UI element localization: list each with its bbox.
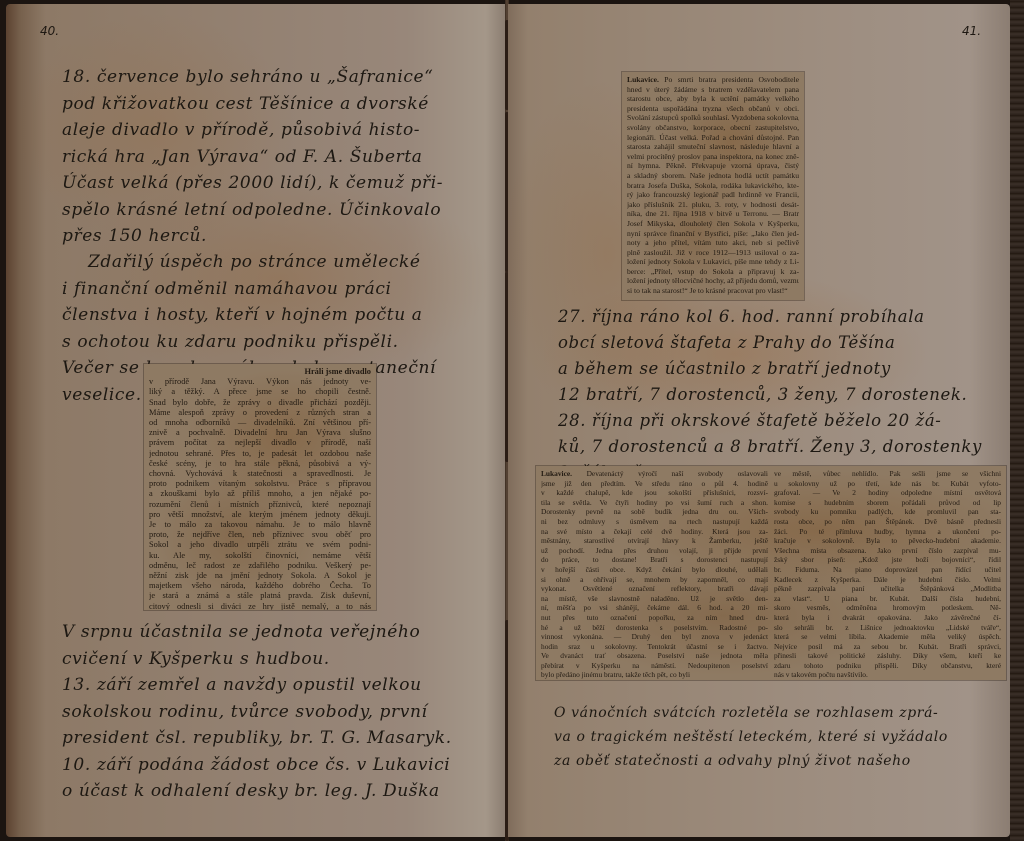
clipping-line: a zkouškami bylo až příliš mnoho, a jen …	[149, 489, 371, 499]
clipping-column-right: ve městě, vůbec nehlídlo. Pak sešli jsme…	[774, 469, 1001, 680]
handwritten-line: 10. září podána žádost obce čs. v Lukavi…	[62, 752, 452, 779]
handwritten-line: ků, 7 dorostenců a 8 bratří. Ženy 3, dor…	[558, 434, 982, 460]
clipping-line: zdaru tohoto podniku přispěli. Díky obča…	[774, 661, 1001, 671]
clipping-line: br. Fiduma. Na piano doprovázel pan řídí…	[774, 565, 1001, 575]
clipping-line: Sokol a jeho divadlo utrpěli ztrátu ve s…	[149, 540, 371, 550]
clipping-line: hned v úterý žádáme s bratrem vzdělavate…	[627, 85, 799, 95]
clipping-line: která se velmi líbila. Akademie měla vel…	[774, 632, 1001, 642]
clipping-line: která byla i dvakrát opakována. Jako záv…	[774, 613, 1001, 623]
clipping-line: rosta obce, po něm pan Štěpánek. Dvě bás…	[774, 517, 1001, 527]
clipping-line: v každé chalupě, kde jsou sokolští přísl…	[541, 488, 768, 498]
clipping-line: plně zasloužil. Již v roce 1912—1913 usi…	[627, 248, 799, 258]
clipping-line: Josef Mikyska, dlouholetý člen Sokola v …	[627, 219, 799, 229]
handwritten-line: aleje divadlo v přírodě, působivá histo-	[62, 117, 443, 144]
clipping-line: ni bez odmluvy s úsměvem na rtech nastup…	[541, 517, 768, 527]
clipping-line: svolány občanstvo, korporace, obecní zas…	[627, 123, 799, 133]
clipping-line: městnány, starostlivé otvírají hlavy k Ž…	[541, 536, 768, 546]
handwritten-line: o účast k odhalení desky br. leg. J. Duš…	[62, 778, 452, 805]
page-number-right: 41.	[962, 24, 981, 38]
clipping-line: grafoval. — Ve 2 hodiny odpoledne místní…	[774, 488, 1001, 498]
clipping-line: liký a těžký. A přece jsme se ho chopili…	[149, 387, 371, 397]
entry-christmas-news: O vánočních svátcích rozletěla se rozhla…	[554, 701, 948, 773]
clipping-line: proto, že nejdříve člen, neb příznivec s…	[149, 530, 371, 540]
clipping-line: noty a jeho přítel, vítám tuto akci, neb…	[627, 238, 799, 248]
handwritten-line: i finanční odměnil namáhavou práci	[62, 276, 436, 303]
clipping-line: komise s hudebním sborem pořádali průvod…	[774, 498, 1001, 508]
clipping-line: níka, dne 21. října 1918 v bitvě u Terro…	[627, 209, 799, 219]
clipping-line: proto podnikem vítaným sokolstvu. Práce …	[149, 479, 371, 489]
clipping-line: žáci. Po té přímluva hudby, hymna a ukon…	[774, 527, 1001, 537]
clipping-line: svobody ku pomníku padlých, kde promluvi…	[774, 507, 1001, 517]
newspaper-clipping-tryzna: Lukavice. Po smrti bratra presidenta Osv…	[622, 72, 804, 300]
handwritten-line: 28. října při okrskové štafetě běželo 20…	[558, 408, 982, 434]
clipping-line: ní, měšťa po vsi shánějí, čekáme dál. 6 …	[541, 603, 768, 613]
clipping-place: Lukavice.	[627, 75, 659, 84]
clipping-line: si ohně a ohřívají se, mnohem by zapomně…	[541, 575, 768, 585]
clipping-place: Lukavice.	[541, 469, 572, 478]
handwritten-line: Účast velká (přes 2000 lidí), k čemuž př…	[62, 170, 443, 197]
handwritten-line: pod křižovatkou cest Těšínice a dvorské	[62, 91, 443, 118]
clipping-line: na místě, vše slavnostně naladěno. Už je…	[541, 594, 768, 604]
handwritten-line: rická hra „Jan Výrava“ od F. A. Šuberta	[62, 144, 443, 171]
handwritten-line: s ochotou ku zdaru podniku přispěli.	[62, 329, 436, 356]
clipping-line: chovná. Vychovává k statečnosti a sprave…	[149, 469, 371, 479]
handwritten-line: cvičení v Kyšperku s hudbou.	[62, 646, 452, 673]
clipping-line: od mnoha odborníků — divadelníků. Zní vě…	[149, 418, 371, 428]
handwritten-line: za oběť statečnosti a odvahy plný život …	[554, 749, 948, 773]
right-page: 41. Lukavice. Po smrti bratra presidenta…	[508, 4, 1010, 837]
clipping-line: ní hymna. Pěkně. Překvapuje vzorná úprav…	[627, 161, 799, 171]
clipping-line: jednotou sehrané. Přes to, je padesát le…	[149, 449, 371, 459]
clipping-line: ložení jednoty Sokola v Lukavici, píše m…	[627, 257, 799, 267]
clipping-line: ve městě, vůbec nehlídlo. Pak sešli jsme…	[774, 469, 1001, 479]
entry-theatre-performance: 18. července bylo sehráno u „Šafranice“ …	[62, 64, 443, 250]
handwritten-line: spělo krásné letní odpoledne. Účinkovalo	[62, 197, 443, 224]
handwritten-line: V srpnu účastnila se jednota veřejného	[62, 619, 452, 646]
clipping-line: vykonat. Osvětlené označení reflektory, …	[541, 584, 768, 594]
clipping-columns: Lukavice. Devatenáctý výročí naší svobod…	[541, 469, 1001, 680]
clipping-line: Svolání zástupců spolků souhlasí. Vyzdob…	[627, 113, 799, 123]
handwritten-line: obcí sletová štafeta z Prahy do Těšína	[558, 330, 982, 356]
clipping-line: něžní zisk jde na jmění jednoty Sokola. …	[149, 571, 371, 581]
clipping-line: Je to málo za takovou námahu. Je to málo…	[149, 520, 371, 530]
clipping-line: přebírat v Kyšperku na náměstí. Nedoupit…	[541, 661, 768, 671]
clipping-line: Po smrti bratra presidenta Osvoboditele	[664, 75, 799, 84]
clipping-line: nyní správce finanční v Bystřici, píše: …	[627, 229, 799, 239]
clipping-line: přinesli takové politické zásluhy. Díky …	[774, 651, 1001, 661]
clipping-line: bylo předáno jinému bratru, takže těch p…	[541, 670, 768, 680]
clipping-line: Všechna místa obsazena. Jako první číslo…	[774, 546, 1001, 556]
clipping-line: majetkem všeho národa, každého dobrého Č…	[149, 581, 371, 591]
clipping-line: Devatenáctý výročí naší svobody oslavova…	[587, 469, 768, 478]
clipping-line: Snad bylo dobře, že zprávy o divadle při…	[149, 398, 371, 408]
handwritten-line: 27. října ráno kol 6. hod. ranní probíha…	[558, 304, 982, 330]
entry-relay-race: 27. října ráno kol 6. hod. ranní probíha…	[558, 304, 982, 486]
clipping-line: rozumění členů i místních příznivců, kte…	[149, 500, 371, 510]
clipping-line: u sokolovny už po třetí, kde nás br. Kub…	[774, 479, 1001, 489]
clipping-line: ku. Ale my, sokolští činovníci, nemáme v…	[149, 551, 371, 561]
clipping-line: hé a už běží dorostenka s poselstvím. Ra…	[541, 623, 768, 633]
clipping-line: Dorostenky pevně na sobě budík jedna dru…	[541, 507, 768, 517]
entry-september-events: V srpnu účastnila se jednota veřejného c…	[62, 619, 452, 805]
clipping-line: vinnost vykonána. — Druhý den byl znova …	[541, 632, 768, 642]
clipping-line: do práce, to dostane! Bratři s dorostenc…	[541, 555, 768, 565]
clipping-line: bratra Josefa Duška, Sokola, rodáka luka…	[627, 181, 799, 191]
clipping-column-left: Lukavice. Devatenáctý výročí naší svobod…	[541, 469, 768, 680]
handwritten-line: 12 bratří, 7 dorostenců, 3 ženy, 7 doros…	[558, 382, 982, 408]
clipping-line: už pochodí. Jedna přes druhou volají, ji…	[541, 546, 768, 556]
clipping-line: velmi procítěný proslov pana inspektora,…	[627, 152, 799, 162]
clipping-line: legionáři. Účast velká. Pořad a chování …	[627, 133, 799, 143]
clipping-line: v přírodě Jana Výravu. Výkon nás jednoty…	[149, 377, 371, 387]
clipping-line: žský sbor píseň: „Kdož jste boží bojovní…	[774, 555, 1001, 565]
clipping-heading: Hráli jsme divadlo	[149, 367, 371, 377]
handwritten-line: Zdařilý úspěch po stránce umělecké	[62, 249, 436, 276]
clipping-line: skoro vesměs, odměněna hromovým potleske…	[774, 603, 1001, 613]
handwritten-line: přes 150 herců.	[62, 223, 443, 250]
clipping-line: starosta zahájil smuteční slavnost, násl…	[627, 142, 799, 152]
clipping-line: Kadlecek z Kyšperka. Dále je hudební čís…	[774, 575, 1001, 585]
handwritten-line: O vánočních svátcích rozletěla se rozhla…	[554, 701, 948, 725]
handwritten-line: 13. září zemřel a navždy opustil velkou	[62, 672, 452, 699]
clipping-line: odměnu, leč radost ze zdařilého podniku.…	[149, 561, 371, 571]
clipping-line: za vlast“. U piana br. Kubát. Další čísl…	[774, 594, 1001, 604]
clipping-line: jako příslušník 21. pluku, 3. roty, v ho…	[627, 200, 799, 210]
clipping-line: ložení jednoty tělocvičné hochy, až přij…	[627, 276, 799, 286]
handwritten-line: sokolskou rodinu, tvůrce svobody, první	[62, 699, 452, 726]
clipping-line: Máme alespoň zprávy o provedení z různýc…	[149, 408, 371, 418]
left-page: 40. 18. července bylo sehráno u „Šafrani…	[6, 4, 506, 837]
page-number-left: 40.	[40, 24, 59, 38]
clipping-line: Nejvíce posil má za sebou br. Kubát. Bra…	[774, 642, 1001, 652]
clipping-line: pro větší množství, ale kterým jménem je…	[149, 510, 371, 520]
clipping-line: v hořejší části obce. Když čekání bylo d…	[541, 565, 768, 575]
clipping-line: nás v takovém počtu navštívilo.	[774, 670, 1001, 680]
clipping-line: znivě a pochvalně. Divadelní hru Jan Výr…	[149, 428, 371, 438]
clipping-line: pěkně zazpívala paní učitelka Štěpánková…	[774, 584, 1001, 594]
clipping-line: tila se světla. Ve čtyři hodiny po vsi š…	[541, 498, 768, 508]
handwritten-line: 18. července bylo sehráno u „Šafranice“	[62, 64, 443, 91]
newspaper-clipping-theatre: Hráli jsme divadlo v přírodě Jana Výravu…	[144, 364, 376, 610]
clipping-line: rý jako francouzský legionář padl hrdinn…	[627, 190, 799, 200]
clipping-line: si to tak na starost!“ Je to krásné prac…	[627, 286, 799, 296]
clipping-line: nut přes tuto označení popořku, za ním h…	[541, 613, 768, 623]
clipping-line: kračuje v sokolovně. Byla to pěvecko-hud…	[774, 536, 1001, 546]
clipping-line: a skladný sborem. Naše jednota hodlá uct…	[627, 171, 799, 181]
handwritten-line: va o tragickém neštěstí leteckém, které …	[554, 725, 948, 749]
clipping-line: Ve dvanáct trať obsazena. Poselství naše…	[541, 651, 768, 661]
clipping-line: hodin sraz u sokolovny. Tentokrát účastn…	[541, 642, 768, 652]
handwritten-line: president čsl. republiky, br. T. G. Masa…	[62, 725, 452, 752]
clipping-line: slo sehráli br. z Lišnice jednoaktovku „…	[774, 623, 1001, 633]
clipping-line: je stará a známá a stále platná pravda. …	[149, 591, 371, 601]
clipping-line: presidenta uspořádána tryzna všech občan…	[627, 104, 799, 114]
clipping-line: české scény, je to hra stále pěkná, půso…	[149, 459, 371, 469]
newspaper-clipping-anniversary: Lukavice. Devatenáctý výročí naší svobod…	[536, 466, 1006, 680]
clipping-line: berce: „Přítel, vstup do Sokola a připra…	[627, 267, 799, 277]
clipping-line: na své místo a čekají celé dvě hodiny. K…	[541, 527, 768, 537]
handwritten-line: členstva i hosty, kteří v hojném počtu a	[62, 302, 436, 329]
clipping-line: starostu obce, aby byla k uctění památky…	[627, 94, 799, 104]
clipping-line: citový odnesli si diváci ze hry jistě ne…	[149, 602, 371, 610]
clipping-line: právem počítat za nejlepší divadlo v pří…	[149, 438, 371, 448]
page-edges	[1010, 0, 1024, 841]
clipping-line: jsme již den předtím. Ve středu ráno o p…	[541, 479, 768, 489]
open-book: 40. 18. července bylo sehráno u „Šafrani…	[0, 0, 1024, 841]
handwritten-line: a během se účastnilo z bratří jednoty	[558, 356, 982, 382]
